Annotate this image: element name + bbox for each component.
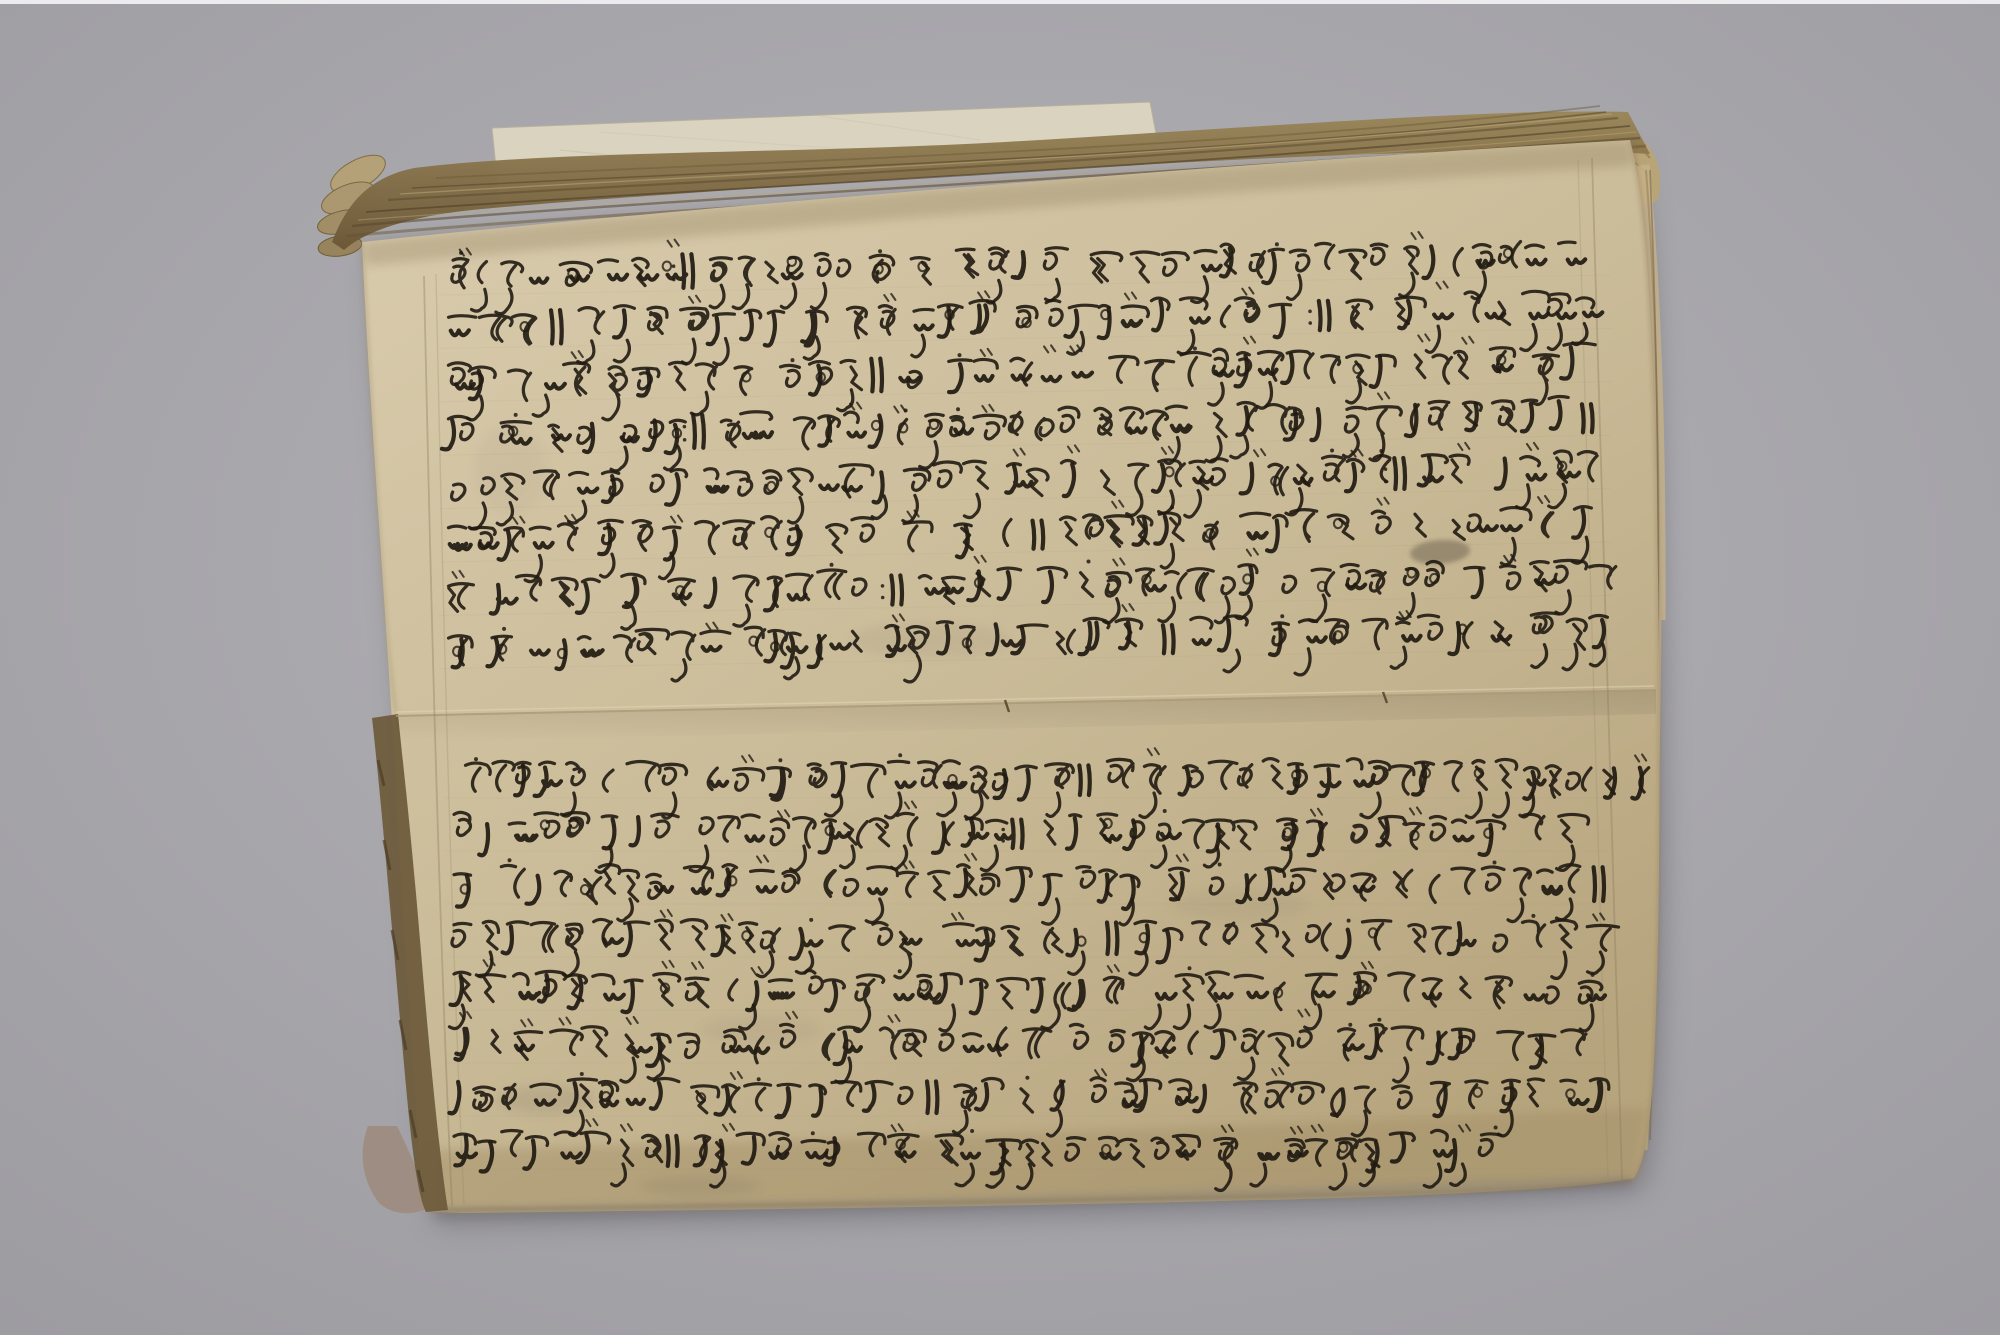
manuscript-photo-svg — [0, 0, 2000, 1335]
scan-edge-strip — [0, 0, 2000, 4]
manuscript-page — [362, 140, 1660, 1214]
manuscript-photograph — [0, 0, 2000, 1335]
gray-smudge — [640, 1176, 760, 1196]
